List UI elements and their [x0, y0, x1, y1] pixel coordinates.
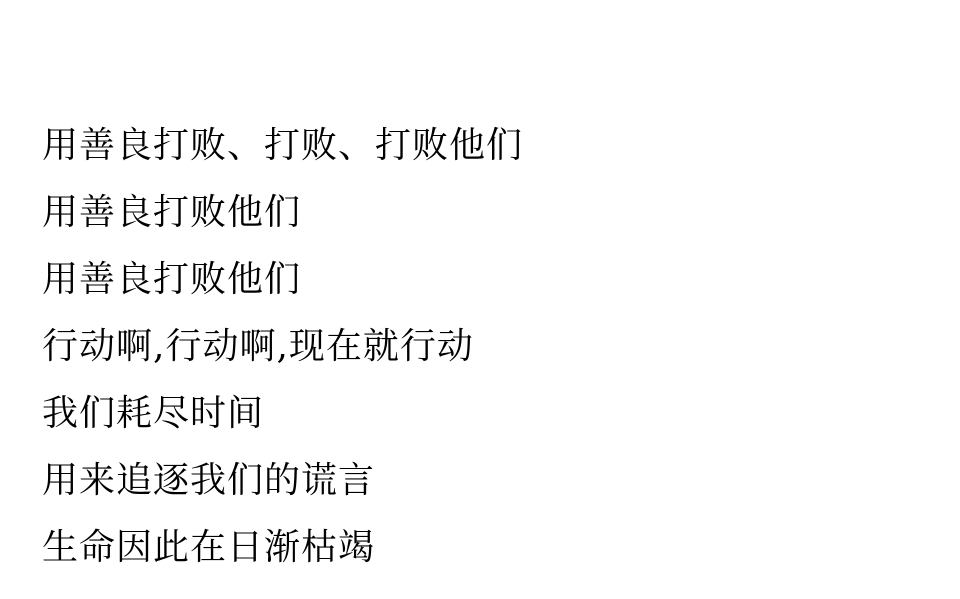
- lyrics-block: 用善良打败、打败、打败他们 用善良打败他们 用善良打败他们 行动啊,行动啊,现在…: [42, 112, 523, 581]
- lyric-line: 用善良打败、打败、打败他们: [42, 112, 523, 179]
- lyric-line: 用善良打败他们: [42, 246, 523, 313]
- lyric-line: 生命因此在日渐枯竭: [42, 514, 523, 581]
- lyric-line: 我们耗尽时间: [42, 380, 523, 447]
- lyric-line: 用善良打败他们: [42, 179, 523, 246]
- lyric-line: 行动啊,行动啊,现在就行动: [42, 313, 523, 380]
- lyric-line: 用来追逐我们的谎言: [42, 447, 523, 514]
